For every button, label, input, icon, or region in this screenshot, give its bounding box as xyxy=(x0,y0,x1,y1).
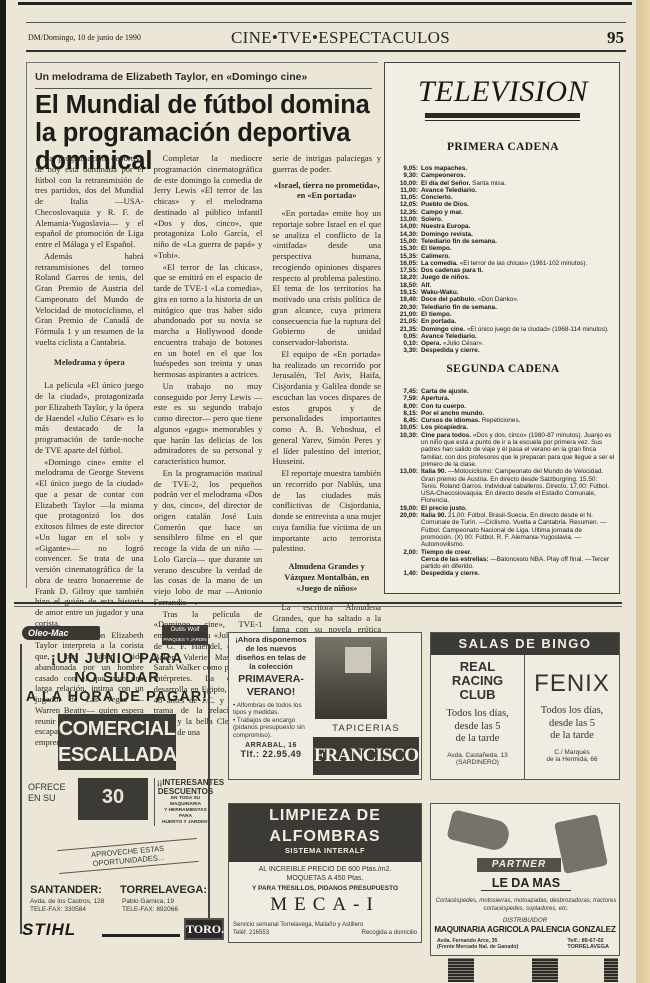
ad-body: AL INCREIBLE PRECIO DE 600 Ptas./m2. MOQ… xyxy=(229,866,421,916)
issue-date: DM/Domingo, 10 de junio de 1990 xyxy=(28,33,141,42)
program: Cerca de las estrellas: —Baloncesto NBA.… xyxy=(421,556,615,571)
ad-limpieza-alfombras: LIMPIEZA DE ALFOMBRAS SISTEMA INTERALF A… xyxy=(228,803,422,943)
program-title: El precio justo. xyxy=(421,505,467,512)
brand-name: MECA-I xyxy=(229,894,421,916)
air-time: 20,30: xyxy=(397,304,421,311)
registration-mark xyxy=(532,958,558,982)
phone: Tlf.: 22.95.49 xyxy=(233,749,309,759)
schedule-row: 14,30:Domingo revista. xyxy=(397,231,615,238)
program: El tiempo. xyxy=(421,311,615,318)
program: Domingo revista. xyxy=(421,231,615,238)
program-title: Avance Telediario. xyxy=(421,333,477,340)
chainsaw-image xyxy=(446,809,511,853)
program-description: Repeticiones. xyxy=(482,417,521,424)
bingo-fenix: FENIX Todos los días, desde las 5 de la … xyxy=(525,655,619,779)
channel-heading-primera: PRIMERA CADENA xyxy=(385,141,621,153)
program: Con tu cuerpo. xyxy=(421,403,615,410)
program: Doce del patíbulo. «Don Danko». xyxy=(421,296,615,303)
company-line: COMERCIAL xyxy=(58,716,176,742)
address-line: (SARDINERO) xyxy=(431,759,524,767)
collection-name: PRIMAVERA-VERANO! xyxy=(233,673,309,699)
name-line: REAL xyxy=(431,660,524,674)
program: Solero. xyxy=(421,216,615,223)
hours-line: de la tarde xyxy=(431,733,524,746)
partner-logo: PARTNER xyxy=(477,858,561,872)
paragraph: Completar la mediocre programación cinem… xyxy=(154,153,263,261)
air-time: 10,05: xyxy=(397,424,421,431)
program: Alf. xyxy=(421,282,615,289)
schedule-row: 21,05:En portada. xyxy=(397,318,615,325)
air-time: 18,50: xyxy=(397,282,421,289)
hours-line: Todos los días, xyxy=(431,708,524,721)
ad-headline: ¡UN JUNIO PARA NO SUDAR A LA HORA DE PAG… xyxy=(18,650,216,707)
program-title: Juego de niños. xyxy=(421,274,470,281)
program-title: Italia 90. xyxy=(421,512,446,519)
schedule-row: 11,00:Avance Telediario. xyxy=(397,187,615,194)
address-line: (Frente Mercado Nal. de Ganado) xyxy=(437,944,518,950)
pickup-note: Recogida a domicilio xyxy=(362,930,417,938)
discount-sub: EN TODA SU MAQUINARIA xyxy=(157,796,214,808)
anniversary-badge: 30 xyxy=(78,778,148,820)
program: Dos cadenas para ti. xyxy=(421,267,615,274)
air-time: 9,30: xyxy=(397,172,421,179)
lawnmower-image xyxy=(554,814,608,874)
program-description: «Don Danko». xyxy=(478,296,519,303)
schedule-row: 12,35:Campo y mar. xyxy=(397,209,615,216)
schedule-row: 8,45:Cursos de idiomas. Repeticiones. xyxy=(397,417,615,424)
ad-salas-bingo: SALAS DE BINGO REAL RACING CLUB Todos lo… xyxy=(430,632,620,780)
schedule-row: 10,00:El día del Señor. Santa misa. xyxy=(397,180,615,187)
schedule-row: 3,30:Despedida y cierre. xyxy=(397,347,615,354)
price-line: AL INCREIBLE PRECIO DE 600 Ptas./m2. xyxy=(229,866,421,875)
schedule-row: 19,00:El precio justo. xyxy=(397,505,615,512)
air-time: 9,05: xyxy=(397,165,421,172)
program-title: Cine para todos. xyxy=(421,432,471,439)
program-title: Cursos de idiomas. xyxy=(421,417,480,424)
program: Pueblo de Dios. xyxy=(421,201,615,208)
program: La comedia. «El terror de las chicas» (1… xyxy=(421,260,615,267)
paragraph: El reportaje muestra también un recorrid… xyxy=(272,468,381,554)
ad-tapicerias-francisco: ¡Ahora disponemos de los nuevos diseños … xyxy=(228,632,422,780)
program-title: Cerca de las estrellas: xyxy=(421,556,489,563)
ad-text: ¡Ahora disponemos de los nuevos diseños … xyxy=(233,635,309,759)
column-1: La programación deportiva de hoy está do… xyxy=(35,153,144,583)
air-time: 20,00: xyxy=(397,512,421,548)
schedule-row: 21,35:Domingo cine. «El único juego de l… xyxy=(397,326,615,333)
article-kicker: Un melodrama de Elizabeth Taylor, en «Do… xyxy=(35,71,307,83)
air-time: 13,00: xyxy=(397,468,421,504)
program-title: Concierto. xyxy=(421,194,453,201)
city-torrelavega: TORRELAVEGA: xyxy=(120,884,207,896)
paragraph: La película «El único juego de la ciudad… xyxy=(35,380,144,455)
schedule-row: 7,45:Carta de ajuste. xyxy=(397,388,615,395)
air-time: 10,00: xyxy=(397,180,421,187)
schedule-row: 14,00:Nuestra Europa. xyxy=(397,223,615,230)
program-description: Santa misa. xyxy=(472,180,506,187)
air-time: 8,15: xyxy=(397,410,421,417)
offer-line: OFRECE xyxy=(28,782,66,793)
air-time: 15,00: xyxy=(397,238,421,245)
venue-name: REAL RACING CLUB xyxy=(431,660,524,702)
program: Italia 90. —Motociclismo: Campeonato del… xyxy=(421,468,615,504)
program: El precio justo. xyxy=(421,505,615,512)
bullet-item: • Trabajos de encargo (pídanos presupues… xyxy=(233,717,309,739)
brand-logo: FRANCISCO xyxy=(313,737,419,775)
phone: Telf.: 89-67-02 TORRELAVEGA xyxy=(567,938,609,950)
address: Avda. Fernando Arce, 35 (Frente Mercado … xyxy=(437,938,518,950)
program: Nuestra Europa. xyxy=(421,223,615,230)
air-time: 1,40: xyxy=(397,570,421,577)
title-rule xyxy=(425,113,580,118)
air-time: 12,35: xyxy=(397,209,421,216)
tresillos-line: Y PARA TRESILLOS, PIDANOS PRESUPUESTO xyxy=(229,885,421,892)
address: Avda. Castañeda, 13 (SARDINERO) xyxy=(431,752,524,767)
program: Italia 90. 21,00: Fútbol. Brasil-Suecia.… xyxy=(421,512,615,548)
product-list: Cortacéspedes, motosierras, motoazadas, … xyxy=(435,898,617,913)
program-title: Waku-Waku. xyxy=(421,289,459,296)
schedule-row: 17,55:Dos cadenas para ti. xyxy=(397,267,615,274)
torrelavega-info: Pablo Garnica, 19 TELE-FAX: 892066 xyxy=(122,898,178,914)
column-2: Completar la mediocre programación cinem… xyxy=(154,153,263,583)
brand-sub: PARQUES Y JARDIN xyxy=(162,635,208,644)
schedule-row: 2,00:Tiempo de creer. xyxy=(397,549,615,556)
air-time: 11,00: xyxy=(397,187,421,194)
program: Los picapiedra. xyxy=(421,424,615,431)
discount-sub: Y HERRAMIENTAS PARA xyxy=(157,808,214,820)
hours-line: Todos los días, xyxy=(525,705,619,718)
discount-sub: HUERTO Y JARDIN!! xyxy=(157,820,214,826)
schedule-row: 19,15:Waku-Waku. xyxy=(397,289,615,296)
address: ARRABAL, 16 xyxy=(233,742,309,749)
schedule-row: 10,05:Los picapiedra. xyxy=(397,424,615,431)
divider xyxy=(35,88,372,89)
schedule-row: 0,10:Opera. «Julio César». xyxy=(397,340,615,347)
schedule-row: 18,20:Juego de niños. xyxy=(397,274,615,281)
schedule-row: 11,05:Concierto. xyxy=(397,194,615,201)
address: C./ Marqués de la Hermida, 66 xyxy=(525,749,619,764)
air-time: 21,35: xyxy=(397,326,421,333)
discounts-text: ¡¡INTERESANTES DESCUENTOS EN TODA SU MAQ… xyxy=(154,778,214,826)
city-line: TORRELAVEGA xyxy=(567,944,609,950)
divider xyxy=(14,606,622,607)
program: Telediario fin de semana. xyxy=(421,238,615,245)
stihl-logo: STIHL xyxy=(22,920,76,940)
registration-mark xyxy=(604,958,618,982)
program-title: La comedia. xyxy=(421,260,458,267)
air-time: 19,00: xyxy=(397,505,421,512)
page-number: 95 xyxy=(607,28,624,48)
address: Pablo Garnica, 19 xyxy=(122,898,178,906)
schedule-row: 1,40:Despedida y cierre. xyxy=(397,570,615,577)
program: Opera. «Julio César». xyxy=(421,340,615,347)
program: Por el ancho mundo. xyxy=(421,410,615,417)
program-title: Por el ancho mundo. xyxy=(421,410,484,417)
schedule-row: 10,30:Cine para todos. «Dos y dos, cinco… xyxy=(397,432,615,468)
subheading: Melodrama y ópera xyxy=(35,358,144,369)
headline-line: NO SUDAR xyxy=(18,669,216,688)
paragraph: serie de intrigas palaciegas y guerras d… xyxy=(272,153,381,175)
air-time: 15,35: xyxy=(397,253,421,260)
ad-comercial-escallada: Oleo-Mac Outils Wolf PARQUES Y JARDIN ¡U… xyxy=(18,622,216,962)
title-line: ALFOMBRAS xyxy=(229,825,421,846)
program-title: Apertura. xyxy=(421,395,449,402)
ad-header: SALAS DE BINGO xyxy=(431,633,619,655)
program: Avance Telediario. xyxy=(421,187,615,194)
program: En portada. xyxy=(421,318,615,325)
program: Waku-Waku. xyxy=(421,289,615,296)
tv-listings-box: TELEVISION PRIMERA CADENA 9,05:Los mapac… xyxy=(384,62,620,594)
schedule-row: 9,30:Campeoneros. xyxy=(397,172,615,179)
ad-footer: Servicio semanal Torrelavega, Maliaño y … xyxy=(233,922,417,937)
paragraph: «El terror de las chicas», que se emitir… xyxy=(154,262,263,380)
article-body: La programación deportiva de hoy está do… xyxy=(35,153,381,583)
air-time: 8,00: xyxy=(397,403,421,410)
oleo-mac-logo: Oleo-Mac xyxy=(22,626,100,640)
program-title: Con tu cuerpo. xyxy=(421,403,466,410)
schedule-row: 15,35:Calimero. xyxy=(397,253,615,260)
program-description: «Julio César». xyxy=(443,340,484,347)
program-title: Pueblo de Dios. xyxy=(421,201,469,208)
channel-heading-segunda: SEGUNDA CADENA xyxy=(385,363,621,375)
program: Avance Telediario. xyxy=(421,333,615,340)
program: Los mapaches. xyxy=(421,165,615,172)
price-line: MOQUETAS A 450 Ptas. xyxy=(229,875,421,884)
phone: TELE-FAX: 892066 xyxy=(122,906,178,914)
program-description: —Motociclismo: Campeonato del Mundo de V… xyxy=(421,468,609,504)
air-time: 17,55: xyxy=(397,267,421,274)
bullet-list: • Alfombras de todos los tipos y medidas… xyxy=(233,702,309,739)
offer-label: OFRECE EN SU xyxy=(28,782,66,804)
name-line: RACING xyxy=(431,674,524,688)
ad-partner: PARTNER LE DA MAS Cortacéspedes, motosie… xyxy=(430,803,620,956)
schedule-row: 16,05:La comedia. «El terror de las chic… xyxy=(397,260,615,267)
armchair-image xyxy=(315,637,387,719)
program-title: El tiempo. xyxy=(421,311,452,318)
toro-logo: TORO. xyxy=(184,918,224,940)
distributor-name: MAQUINARIA AGRICOLA PALENCIA GONZALEZ xyxy=(431,925,619,934)
program-title: El día del Señor. xyxy=(421,180,470,187)
schedule-row: 8,15:Por el ancho mundo. xyxy=(397,410,615,417)
air-time: 13,00: xyxy=(397,216,421,223)
paragraph: Un trabajo no muy conseguido por Jerry L… xyxy=(154,381,263,467)
air-time: 19,15: xyxy=(397,289,421,296)
schedule-row: 15,30:El tiempo. xyxy=(397,245,615,252)
hours-line: de la tarde xyxy=(525,730,619,743)
air-time: 3,30: xyxy=(397,347,421,354)
paragraph: Además habrá retransmisiones del torneo … xyxy=(35,251,144,348)
schedule-row: 8,00:Con tu cuerpo. xyxy=(397,403,615,410)
discount-line: ¡¡INTERESANTES xyxy=(157,778,214,787)
air-time: 7,45: xyxy=(397,388,421,395)
opening-hours: Todos los días, desde las 5 de la tarde xyxy=(431,708,524,746)
schedule-row: 13,00:Italia 90. —Motociclismo: Campeona… xyxy=(397,468,615,504)
air-time: 8,45: xyxy=(397,417,421,424)
name-line: CLUB xyxy=(431,688,524,702)
program-title: Avance Telediario. xyxy=(421,187,477,194)
title-rule xyxy=(425,120,580,121)
page-header: DM/Domingo, 10 de junio de 1990 CINE•TVE… xyxy=(26,22,626,52)
offer-line: EN SU xyxy=(28,793,66,804)
program-description: «El único juego de la ciudad» (1968-114 … xyxy=(467,326,609,333)
program-title: Campo y mar. xyxy=(421,209,463,216)
program-title: En portada. xyxy=(421,318,456,325)
schedule-row: 15,00:Telediario fin de semana. xyxy=(397,238,615,245)
air-time: 0,05: xyxy=(397,333,421,340)
schedule-row: 21,00:El tiempo. xyxy=(397,311,615,318)
ad-header: LIMPIEZA DE ALFOMBRAS SISTEMA INTERALF xyxy=(229,804,421,862)
top-rule xyxy=(18,2,632,5)
program-title: Tiempo de creer. xyxy=(421,549,472,556)
intro-text: ¡Ahora disponemos de los nuevos diseños … xyxy=(233,635,309,671)
discount-line: DESCUENTOS xyxy=(157,787,214,796)
program: Carta de ajuste. xyxy=(421,388,615,395)
schedule-row: 0,05:Avance Telediario. xyxy=(397,333,615,340)
page-edge-right xyxy=(636,0,650,983)
program: Campo y mar. xyxy=(421,209,615,216)
program: Domingo cine. «El único juego de la ciud… xyxy=(421,326,615,333)
bingo-real-racing: REAL RACING CLUB Todos los días, desde l… xyxy=(431,655,525,779)
section-title: CINE•TVE•ESPECTACULOS xyxy=(231,28,450,48)
program-title: Campeoneros. xyxy=(421,172,465,179)
phone: Teléf. 216553 xyxy=(233,930,269,938)
address: Avda. de los Castros, 128 xyxy=(30,898,104,906)
program-title: Solero. xyxy=(421,216,443,223)
schedule-row: 12,05:Pueblo de Dios. xyxy=(397,201,615,208)
schedule-row: 13,00:Solero. xyxy=(397,216,615,223)
venue-name: FENIX xyxy=(525,669,619,699)
page-edge xyxy=(0,0,6,983)
title-line: LIMPIEZA DE xyxy=(229,804,421,825)
headline-line: A LA HORA DE PAGAR! xyxy=(18,688,216,707)
paragraph: «En portada» emite hoy un reportaje sobr… xyxy=(272,208,381,348)
city-santander: SANTANDER: xyxy=(30,884,102,896)
hours-line: desde las 5 xyxy=(431,721,524,734)
main-article: Un melodrama de Elizabeth Taylor, en «Do… xyxy=(26,62,378,588)
company-line: ESCALLADA xyxy=(58,742,176,768)
air-time: 19,40: xyxy=(397,296,421,303)
air-time: 7,59: xyxy=(397,395,421,402)
distributor-label: DISTRIBUIDOR xyxy=(431,917,619,924)
air-time: 2,00: xyxy=(397,549,421,556)
program-title: Italia 90. xyxy=(421,468,446,475)
program-title: Alf. xyxy=(421,282,431,289)
schedule-row: 7,59:Apertura. xyxy=(397,395,615,402)
paragraph: El equipo de «En portada» ha realizado u… xyxy=(272,349,381,467)
paragraph: La programación deportiva de hoy está do… xyxy=(35,153,144,250)
ad-slogan: LE DA MAS xyxy=(481,876,571,891)
company-name: COMERCIAL ESCALLADA xyxy=(58,714,176,770)
paragraph: En la programación matinal de TVE-2, los… xyxy=(154,468,263,608)
program: Cursos de idiomas. Repeticiones. xyxy=(421,417,615,424)
address-line: Avda. Castañeda, 13 xyxy=(431,752,524,760)
air-time: 16,05: xyxy=(397,260,421,267)
schedule-row: 20,00:Italia 90. 21,00: Fútbol. Brasil-S… xyxy=(397,512,615,548)
subheading: «Israel, tierra no prometida», en «En po… xyxy=(272,181,381,203)
program-title: Los mapaches. xyxy=(421,165,467,172)
program: Cine para todos. «Dos y dos, cinco» (198… xyxy=(421,432,615,468)
program-title: Calimero. xyxy=(421,253,450,260)
air-time: 15,30: xyxy=(397,245,421,252)
program-title: Domingo cine. xyxy=(421,326,465,333)
air-time: 0,10: xyxy=(397,340,421,347)
program-description: «El terror de las chicas» (1961-102 minu… xyxy=(460,260,588,267)
schedule-row: 9,05:Los mapaches. xyxy=(397,165,615,172)
santander-info: Avda. de los Castros, 128 TELE-FAX: 3305… xyxy=(30,898,104,914)
air-time: 14,00: xyxy=(397,223,421,230)
program: El día del Señor. Santa misa. xyxy=(421,180,615,187)
schedule-row: 18,50:Alf. xyxy=(397,282,615,289)
program-title: Opera. xyxy=(421,340,441,347)
address-line: de la Hermida, 66 xyxy=(525,756,619,764)
program: Despedida y cierre. xyxy=(421,347,615,354)
program: Concierto. xyxy=(421,194,615,201)
brand-name: Outils Wolf xyxy=(162,626,208,635)
program: El tiempo. xyxy=(421,245,615,252)
schedule-row: 20,30:Telediario fin de semana. xyxy=(397,304,615,311)
address-line: C./ Marqués xyxy=(525,749,619,757)
air-time: 10,30: xyxy=(397,432,421,468)
opening-hours: Todos los días, desde las 5 de la tarde xyxy=(525,705,619,743)
air-time: 21,00: xyxy=(397,311,421,318)
schedule-row: 19,40:Doce del patíbulo. «Don Danko». xyxy=(397,296,615,303)
schedule-primera: 9,05:Los mapaches. 9,30:Campeoneros. 10,… xyxy=(397,165,615,355)
headline-line: ¡UN JUNIO PARA xyxy=(18,650,216,669)
air-time xyxy=(397,556,421,571)
program: Campeoneros. xyxy=(421,172,615,179)
program: Apertura. xyxy=(421,395,615,402)
divider xyxy=(102,934,180,937)
program-title: Telediario fin de semana. xyxy=(421,238,497,245)
program: Calimero. xyxy=(421,253,615,260)
air-time: 12,05: xyxy=(397,201,421,208)
program-title: Telediario fin de semana. xyxy=(421,304,497,311)
program-title: Carta de ajuste. xyxy=(421,388,469,395)
service-area: Servicio semanal Torrelavega, Maliaño y … xyxy=(233,922,417,930)
schedule-row: Cerca de las estrellas: —Baloncesto NBA.… xyxy=(397,556,615,571)
outils-wolf-logo: Outils Wolf PARQUES Y JARDIN xyxy=(162,625,208,645)
program-title: Despedida y cierre. xyxy=(421,347,480,354)
program-title: Los picapiedra. xyxy=(421,424,468,431)
program: Despedida y cierre. xyxy=(421,570,615,577)
air-time: 14,30: xyxy=(397,231,421,238)
hours-line: desde las 5 xyxy=(525,718,619,731)
program-title: Nuestra Europa. xyxy=(421,223,470,230)
program: Telediario fin de semana. xyxy=(421,304,615,311)
column-3: serie de intrigas palaciegas y guerras d… xyxy=(272,153,381,583)
divider xyxy=(14,602,622,604)
program-title: Dos cadenas para ti. xyxy=(421,267,483,274)
air-time: 18,20: xyxy=(397,274,421,281)
bullet-item: • Alfombras de todos los tipos y medidas… xyxy=(233,702,309,717)
subheading: Almudena Grandes y Vázquez Montalbán, en… xyxy=(272,562,381,594)
program-title: El tiempo. xyxy=(421,245,452,252)
program-title: Domingo revista. xyxy=(421,231,473,238)
program: Juego de niños. xyxy=(421,274,615,281)
phone: TELE-FAX: 330584 xyxy=(30,906,104,914)
business-type: TAPICERIAS xyxy=(311,723,421,734)
air-time: 11,05: xyxy=(397,194,421,201)
system-name: SISTEMA INTERALF xyxy=(229,846,421,856)
air-time: 21,05: xyxy=(397,318,421,325)
program-title: Despedida y cierre. xyxy=(421,570,480,577)
program: Tiempo de creer. xyxy=(421,549,615,556)
program-description: 21,00: Fútbol. Brasil-Suecia. En directo… xyxy=(421,512,607,548)
registration-mark xyxy=(448,958,474,982)
schedule-segunda: 7,45:Carta de ajuste. 7,59:Apertura. 8,0… xyxy=(397,388,615,578)
program-title: Doce del patíbulo. xyxy=(421,296,476,303)
tv-title: TELEVISION xyxy=(385,75,621,109)
